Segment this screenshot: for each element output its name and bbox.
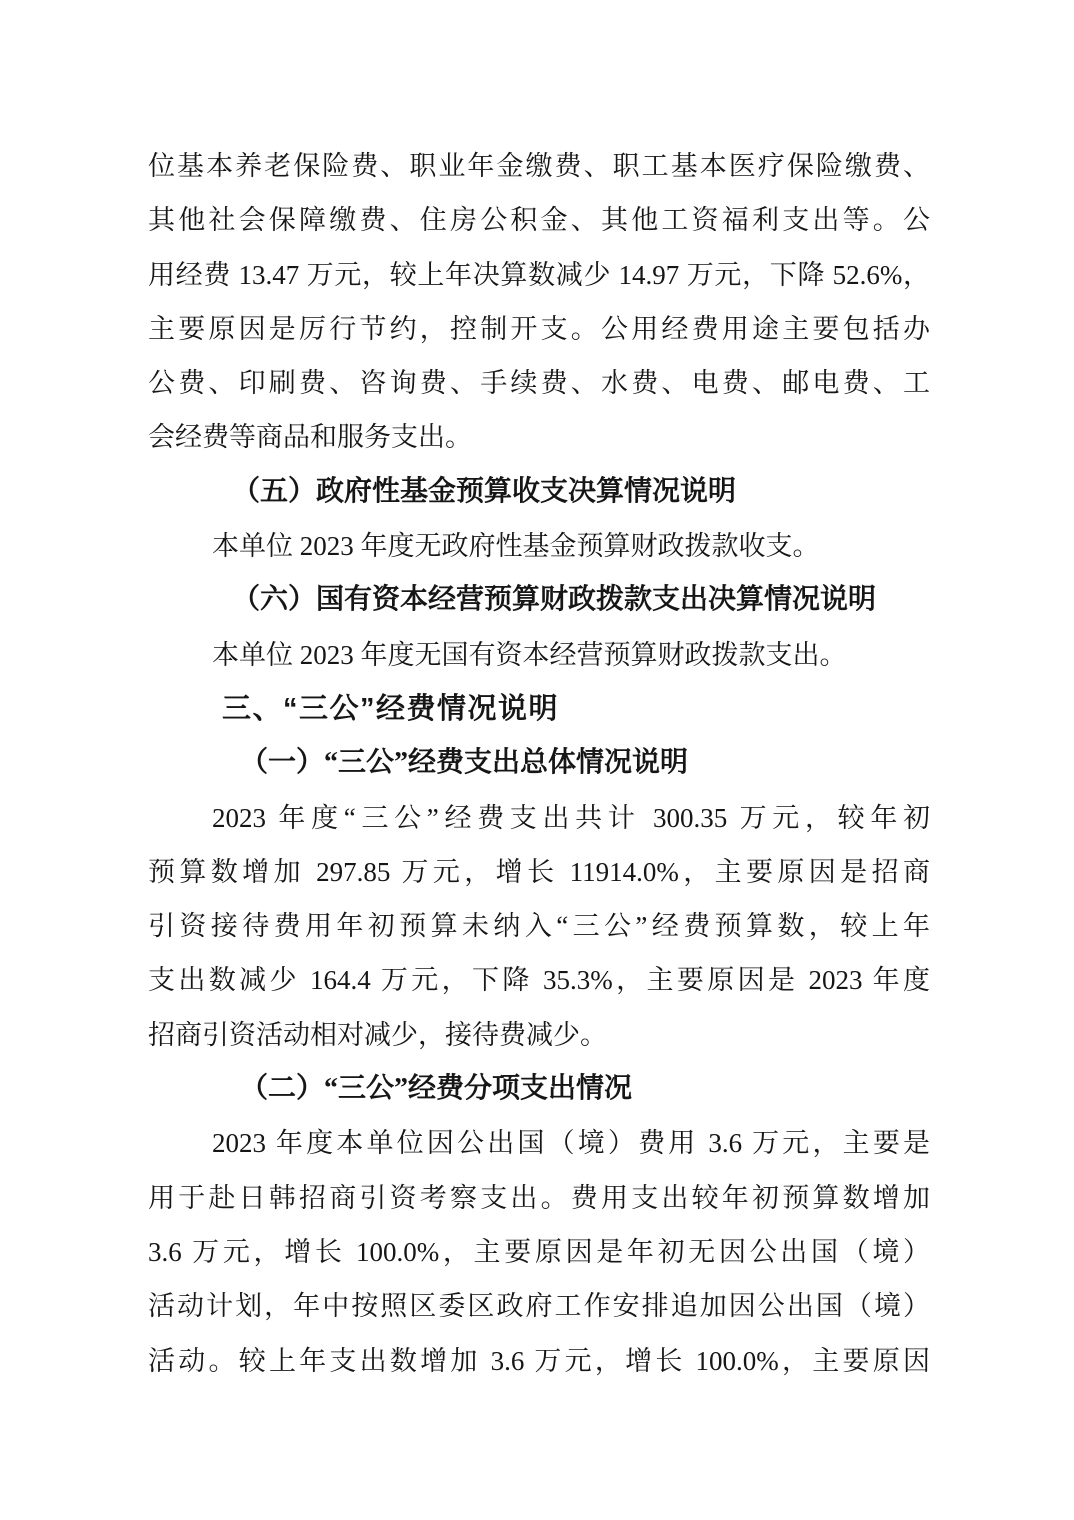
paragraph-last-line: 会经费等商品和服务支出。 <box>148 410 930 464</box>
paragraph-line: 位基本养老保险费、职业年金缴费、职工基本医疗保险缴费、 <box>148 139 930 193</box>
paragraph-line: 本单位 2023 年度无政府性基金预算财政拨款收支。 <box>148 519 930 573</box>
section-heading-5: （五）政府性基金预算收支决算情况说明 <box>148 465 930 519</box>
paragraph-line: 2023 年度本单位因公出国（境）费用 3.6 万元，主要是 <box>148 1116 930 1170</box>
text-block: 位基本养老保险费、职业年金缴费、职工基本医疗保险缴费、 其他社会保障缴费、住房公… <box>148 139 930 1388</box>
subsection-heading-1: （一）“三公”经费支出总体情况说明 <box>148 736 930 790</box>
paragraph-line: 公费、印刷费、咨询费、手续费、水费、电费、邮电费、工 <box>148 356 930 410</box>
paragraph-line: 活动计划，年中按照区委区政府工作安排追加因公出国（境） <box>148 1279 930 1333</box>
paragraph-line: 其他社会保障缴费、住房公积金、其他工资福利支出等。公 <box>148 193 930 247</box>
paragraph-last-line: 招商引资活动相对减少，接待费减少。 <box>148 1008 930 1062</box>
section-heading-6: （六）国有资本经营预算财政拨款支出决算情况说明 <box>148 573 930 627</box>
paragraph-line: 本单位 2023 年度无国有资本经营预算财政拨款支出。 <box>148 628 930 682</box>
paragraph-line: 引资接待费用年初预算未纳入“三公”经费预算数，较上年 <box>148 899 930 953</box>
paragraph-line: 3.6 万元，增长 100.0%，主要原因是年初无因公出国（境） <box>148 1225 930 1279</box>
paragraph-line: 支出数减少 164.4 万元，下降 35.3%，主要原因是 2023 年度 <box>148 953 930 1007</box>
paragraph-line: 活动。较上年支出数增加 3.6 万元，增长 100.0%，主要原因 <box>148 1334 930 1388</box>
subsection-heading-2: （二）“三公”经费分项支出情况 <box>148 1062 930 1116</box>
paragraph-line: 用于赴日韩招商引资考察支出。费用支出较年初预算数增加 <box>148 1171 930 1225</box>
paragraph-line: 用经费 13.47 万元，较上年决算数减少 14.97 万元，下降 52.6%， <box>148 248 930 302</box>
paragraph-line: 2023 年度“三公”经费支出共计 300.35 万元，较年初 <box>148 791 930 845</box>
chapter-heading-3: 三、“三公”经费情况说明 <box>148 682 930 736</box>
paragraph-line: 主要原因是厉行节约，控制开支。公用经费用途主要包括办 <box>148 302 930 356</box>
paragraph-line: 预算数增加 297.85 万元，增长 11914.0%，主要原因是招商 <box>148 845 930 899</box>
document-page: 位基本养老保险费、职业年金缴费、职工基本医疗保险缴费、 其他社会保障缴费、住房公… <box>0 0 1074 1520</box>
